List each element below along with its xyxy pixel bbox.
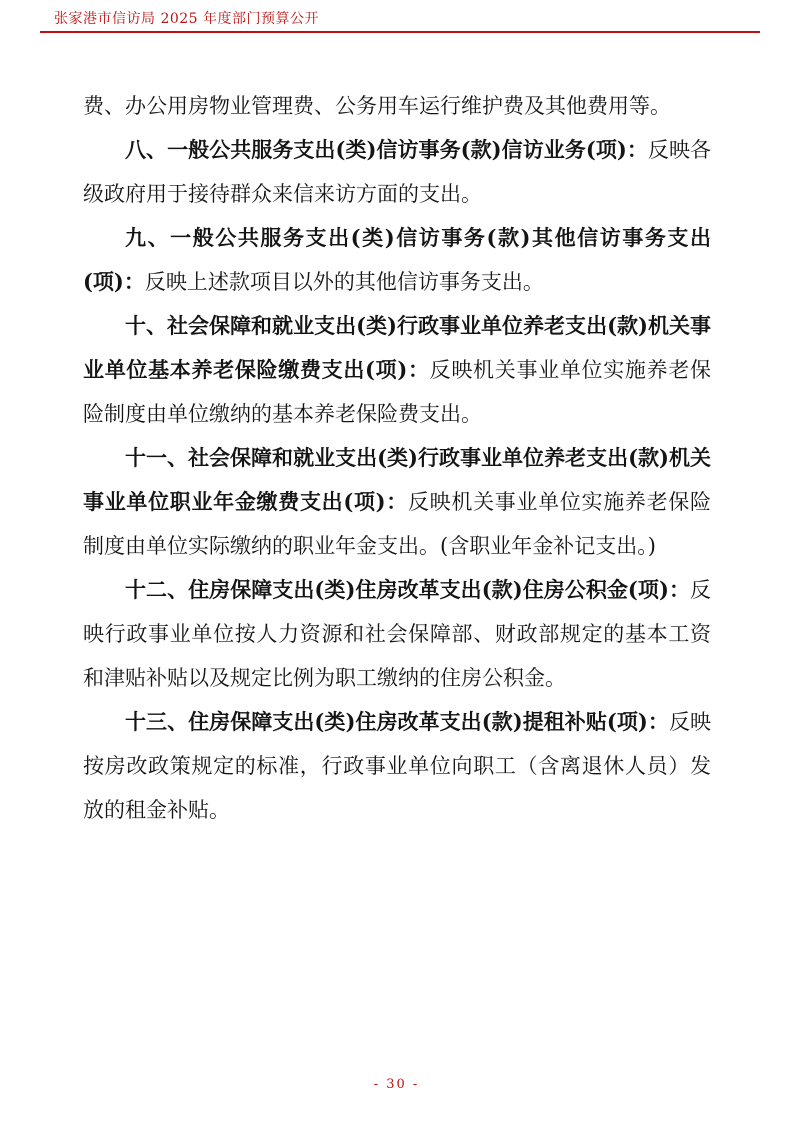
paragraph-item-10: 十、社会保障和就业支出(类)行政事业单位养老支出(款)机关事业单位基本养老保险缴…: [83, 304, 711, 436]
document-header: 张家港市信访局 2025 年度部门预算公开: [40, 10, 760, 33]
paragraph-item-11: 十一、社会保障和就业支出(类)行政事业单位养老支出(款)机关事业单位职业年金缴费…: [83, 436, 711, 568]
header-title: 张家港市信访局 2025 年度部门预算公开: [54, 11, 319, 27]
page-number: - 30 -: [374, 1077, 420, 1092]
paragraph-continuation: 费、办公用房物业管理费、公务用车运行维护费及其他费用等。: [83, 84, 711, 128]
document-page: 张家港市信访局 2025 年度部门预算公开 费、办公用房物业管理费、公务用车运行…: [0, 0, 793, 1122]
paragraph-lead: 十三、住房保障支出(类)住房改革支出(款)提租补贴(项)：: [125, 709, 669, 734]
page-footer: - 30 -: [0, 1076, 793, 1094]
paragraph-item-12: 十二、住房保障支出(类)住房改革支出(款)住房公积金(项)：反映行政事业单位按人…: [83, 568, 711, 700]
paragraph-item-8: 八、一般公共服务支出(类)信访事务(款)信访业务(项)：反映各级政府用于接待群众…: [83, 128, 711, 216]
paragraph-text: 费、办公用房物业管理费、公务用车运行维护费及其他费用等。: [83, 94, 671, 118]
paragraph-item-9: 九、一般公共服务支出(类)信访事务(款)其他信访事务支出(项)：反映上述款项目以…: [83, 216, 711, 304]
paragraph-lead: 八、一般公共服务支出(类)信访事务(款)信访业务(项)：: [125, 137, 648, 162]
paragraph-item-13: 十三、住房保障支出(类)住房改革支出(款)提租补贴(项)：反映按房改政策规定的标…: [83, 700, 711, 832]
paragraph-lead: 十二、住房保障支出(类)住房改革支出(款)住房公积金(项)：: [125, 577, 690, 602]
document-body: 费、办公用房物业管理费、公务用车运行维护费及其他费用等。 八、一般公共服务支出(…: [83, 84, 711, 832]
paragraph-text: 反映上述款项目以外的其他信访事务支出。: [145, 270, 544, 294]
